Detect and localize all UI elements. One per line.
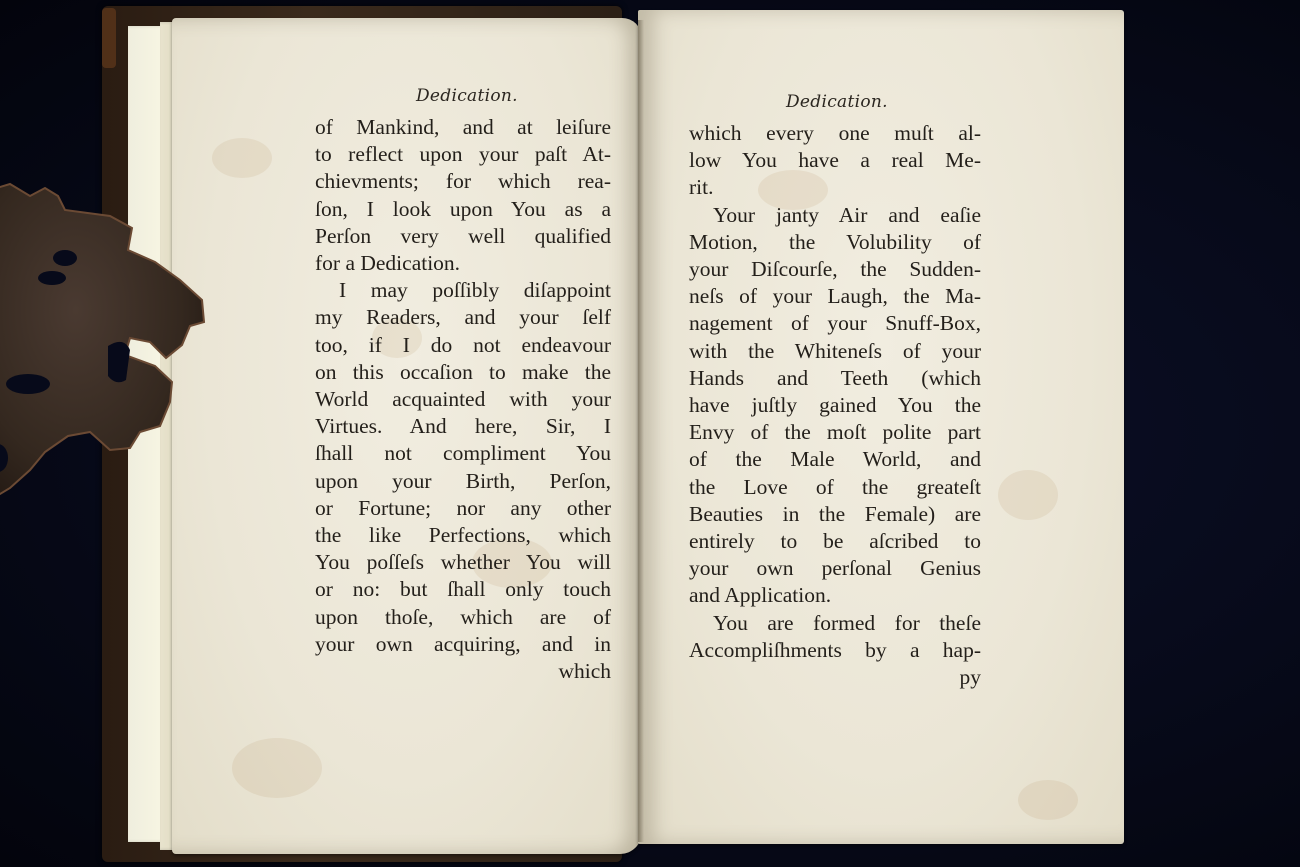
- foxing-spot: [212, 138, 272, 178]
- text-line: have juſtly gained You the: [689, 392, 981, 419]
- text-line: Accompliſhments by a hap-: [689, 637, 981, 664]
- text-line: Perſon very well qualified: [315, 223, 611, 250]
- left-page-text: of Mankind, and at leiſure to reflect up…: [315, 114, 611, 685]
- right-page-text: which every one muſt al- low You have a …: [689, 120, 981, 691]
- photo-scene: Dedication. of Mankind, and at leiſure t…: [0, 0, 1300, 867]
- catchword: py: [689, 664, 981, 691]
- text-line: which every one muſt al-: [689, 120, 981, 147]
- page-gutter-shadow: [638, 20, 644, 842]
- text-line: the like Perfections, which: [315, 522, 611, 549]
- running-head-left: Dedication.: [416, 86, 518, 106]
- text-line: nagement of your Snuff-Box,: [689, 310, 981, 337]
- text-line: to reflect upon your paſt At-: [315, 141, 611, 168]
- text-line: my Readers, and your ſelf: [315, 304, 611, 331]
- foxing-spot: [232, 738, 322, 798]
- foxing-spot: [1018, 780, 1078, 820]
- text-line: your own acquiring, and in: [315, 631, 611, 658]
- text-line: too, if I do not endeavour: [315, 332, 611, 359]
- text-line: for a Dedication.: [315, 250, 611, 277]
- text-line: Virtues. And here, Sir, I: [315, 413, 611, 440]
- text-line: and Application.: [689, 582, 981, 609]
- text-line: rit.: [689, 174, 981, 201]
- text-line: ſhall not compliment You: [315, 440, 611, 467]
- text-line: your Diſcourſe, the Sudden-: [689, 256, 981, 283]
- text-line: Motion, the Volubility of: [689, 229, 981, 256]
- binding-wear-mark: [102, 8, 116, 68]
- running-head-right: Dedication.: [786, 92, 888, 112]
- text-line: You are formed for theſe: [689, 610, 981, 637]
- text-line: entirely to be aſcribed to: [689, 528, 981, 555]
- bronze-clasp-icon: [0, 170, 220, 510]
- text-line: Beauties in the Female) are: [689, 501, 981, 528]
- text-line: chievments; for which rea-: [315, 168, 611, 195]
- catchword: which: [315, 658, 611, 685]
- text-line: Hands and Teeth (which: [689, 365, 981, 392]
- text-line: low You have a real Me-: [689, 147, 981, 174]
- text-line: or Fortune; nor any other: [315, 495, 611, 522]
- text-line: World acquainted with your: [315, 386, 611, 413]
- text-line: with the Whiteneſs of your: [689, 338, 981, 365]
- text-line: the Love of the greateſt: [689, 474, 981, 501]
- text-line: upon your Birth, Perſon,: [315, 468, 611, 495]
- text-line: on this occaſion to make the: [315, 359, 611, 386]
- text-line: of Mankind, and at leiſure: [315, 114, 611, 141]
- text-line: upon thoſe, which are of: [315, 604, 611, 631]
- text-line: I may poſſibly diſappoint: [315, 277, 611, 304]
- text-line: neſs of your Laugh, the Ma-: [689, 283, 981, 310]
- text-line: or no: but ſhall only touch: [315, 576, 611, 603]
- text-line: of the Male World, and: [689, 446, 981, 473]
- text-line: You poſſeſs whether You will: [315, 549, 611, 576]
- text-line: Envy of the moſt polite part: [689, 419, 981, 446]
- foxing-spot: [998, 470, 1058, 520]
- text-line: Your janty Air and eaſie: [689, 202, 981, 229]
- text-line: ſon, I look upon You as a: [315, 196, 611, 223]
- text-line: your own perſonal Genius: [689, 555, 981, 582]
